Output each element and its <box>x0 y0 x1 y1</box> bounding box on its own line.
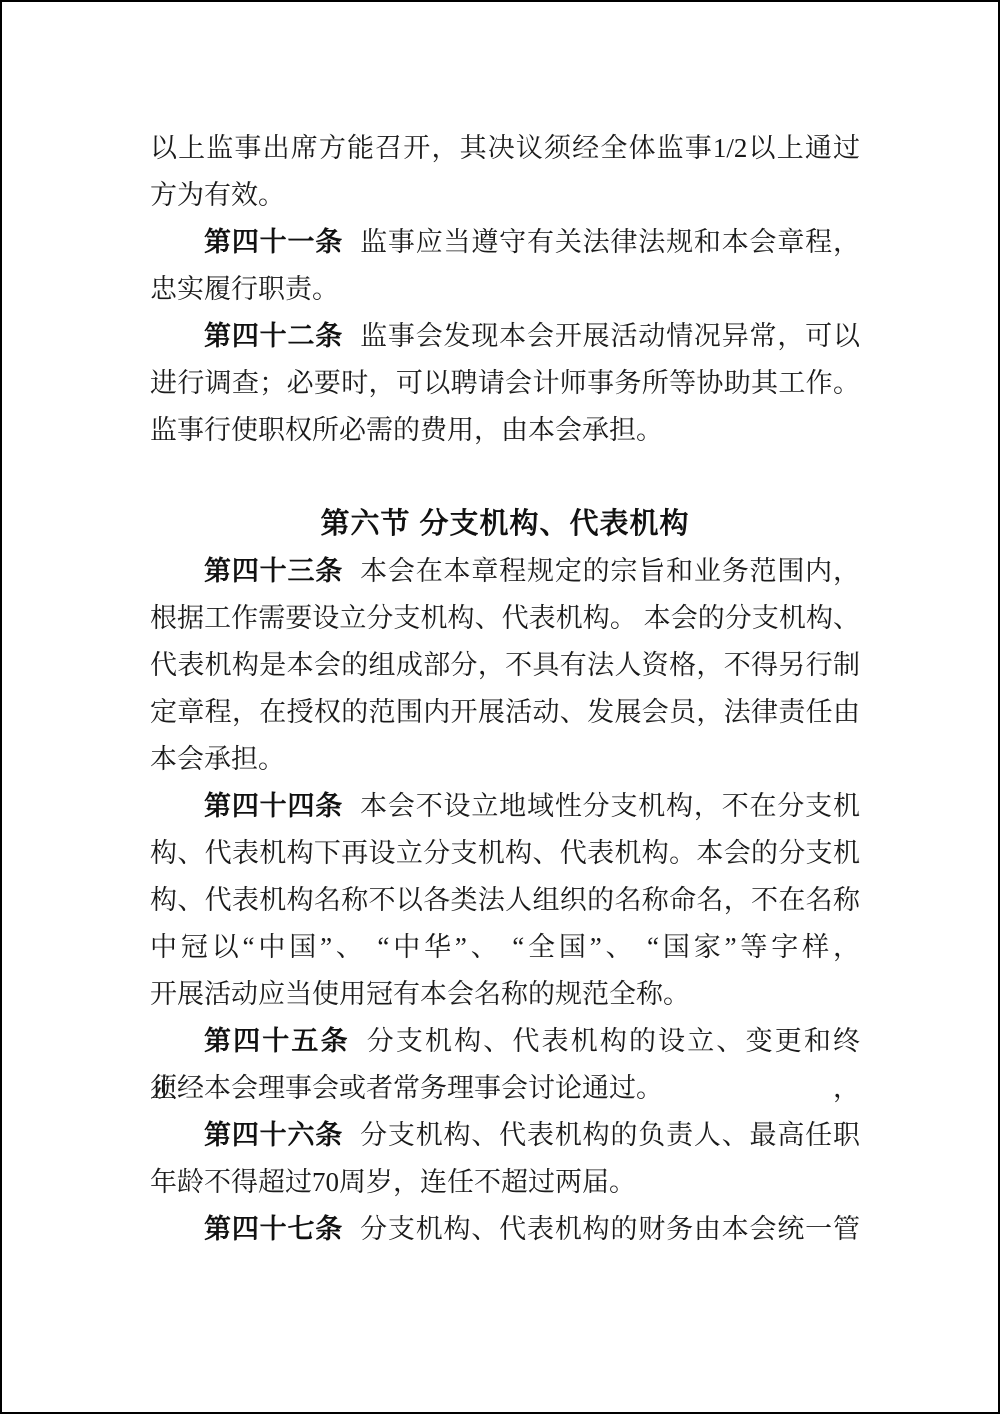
text-line: 第四十一条监事应当遵守有关法律法规和本会章程， <box>150 219 860 266</box>
line-text: 代表机构是本会的组成部分，不具有法人资格，不得另行制 <box>150 650 860 680</box>
text-line: 本会承担。 <box>150 736 860 783</box>
line-text: 构、代表机构名称不以各类法人组织的名称命名，不在名称 <box>150 885 860 915</box>
text-line: 以上监事出席方能召开，其决议须经全体监事1/2以上通过 <box>150 125 860 172</box>
text-line: 构、代表机构名称不以各类法人组织的名称命名，不在名称 <box>150 877 860 924</box>
text-line: 第四十五条分支机构、代表机构的设立、变更和终止， <box>150 1018 860 1065</box>
article-number: 第四十七条 <box>204 1214 343 1244</box>
line-text: 根据工作需要设立分支机构、代表机构。 本会的分支机构、 <box>150 603 860 633</box>
line-text: 开展活动应当使用冠有本会名称的规范全称。 <box>150 979 690 1009</box>
line-text: 本会在本章程规定的宗旨和业务范围内， <box>360 556 860 586</box>
text-line: 定章程，在授权的范围内开展活动、发展会员，法律责任由 <box>150 689 860 736</box>
line-text: 定章程，在授权的范围内开展活动、发展会员，法律责任由 <box>150 697 860 727</box>
text-line: 第四十二条监事会发现本会开展活动情况异常，可以 <box>150 313 860 360</box>
line-text: 本会不设立地域性分支机构，不在分支机 <box>360 791 860 821</box>
article-number: 第四十三条 <box>204 556 343 586</box>
line-text: 本会承担。 <box>150 744 285 774</box>
article-number: 第四十六条 <box>204 1120 343 1150</box>
text-line: 第四十三条本会在本章程规定的宗旨和业务范围内， <box>150 548 860 595</box>
document-body: 以上监事出席方能召开，其决议须经全体监事1/2以上通过 方为有效。 第四十一条监… <box>150 125 860 1253</box>
text-line: 第四十六条分支机构、代表机构的负责人、最高任职 <box>150 1112 860 1159</box>
document-page: 以上监事出席方能召开，其决议须经全体监事1/2以上通过 方为有效。 第四十一条监… <box>0 0 1000 1414</box>
line-text: 监事应当遵守有关法律法规和本会章程， <box>360 227 860 257</box>
section-heading: 第六节 分支机构、代表机构 <box>150 501 860 548</box>
article-number: 第四十四条 <box>204 791 343 821</box>
line-text: 方为有效。 <box>150 180 285 210</box>
article-number: 第四十一条 <box>204 227 343 257</box>
line-text: 须经本会理事会或者常务理事会讨论通过。 <box>150 1073 663 1103</box>
text-line: 根据工作需要设立分支机构、代表机构。 本会的分支机构、 <box>150 595 860 642</box>
line-text: 分支机构、代表机构的负责人、最高任职 <box>360 1120 860 1150</box>
line-text: 年龄不得超过70周岁，连任不超过两届。 <box>150 1167 636 1197</box>
line-text: 进行调查；必要时，可以聘请会计师事务所等协助其工作。 <box>150 368 860 398</box>
line-text: 构、代表机构下再设立分支机构、代表机构。本会的分支机 <box>150 838 860 868</box>
text-line: 监事行使职权所必需的费用，由本会承担。 <box>150 407 860 454</box>
line-text: 监事会发现本会开展活动情况异常，可以 <box>360 321 860 351</box>
text-line: 构、代表机构下再设立分支机构、代表机构。本会的分支机 <box>150 830 860 877</box>
line-text: 以上监事出席方能召开，其决议须经全体监事1/2以上通过 <box>150 133 860 163</box>
text-line: 代表机构是本会的组成部分，不具有法人资格，不得另行制 <box>150 642 860 689</box>
text-line: 年龄不得超过70周岁，连任不超过两届。 <box>150 1159 860 1206</box>
line-text: 分支机构、代表机构的财务由本会统一管 <box>360 1214 860 1244</box>
article-number: 第四十五条 <box>204 1026 350 1056</box>
text-line: 开展活动应当使用冠有本会名称的规范全称。 <box>150 971 860 1018</box>
article-number: 第四十二条 <box>204 321 343 351</box>
line-text: 监事行使职权所必需的费用，由本会承担。 <box>150 415 663 445</box>
text-line: 方为有效。 <box>150 172 860 219</box>
text-line: 第四十七条分支机构、代表机构的财务由本会统一管 <box>150 1206 860 1253</box>
blank-line <box>150 454 860 501</box>
text-line: 忠实履行职责。 <box>150 266 860 313</box>
text-line: 进行调查；必要时，可以聘请会计师事务所等协助其工作。 <box>150 360 860 407</box>
text-line: 第四十四条本会不设立地域性分支机构，不在分支机 <box>150 783 860 830</box>
line-text: 忠实履行职责。 <box>150 274 339 304</box>
text-line: 中冠以“中国”、 “中华”、 “全国”、 “国家”等字样， <box>150 924 860 971</box>
line-text: 中冠以“中国”、 “中华”、 “全国”、 “国家”等字样， <box>150 932 860 962</box>
